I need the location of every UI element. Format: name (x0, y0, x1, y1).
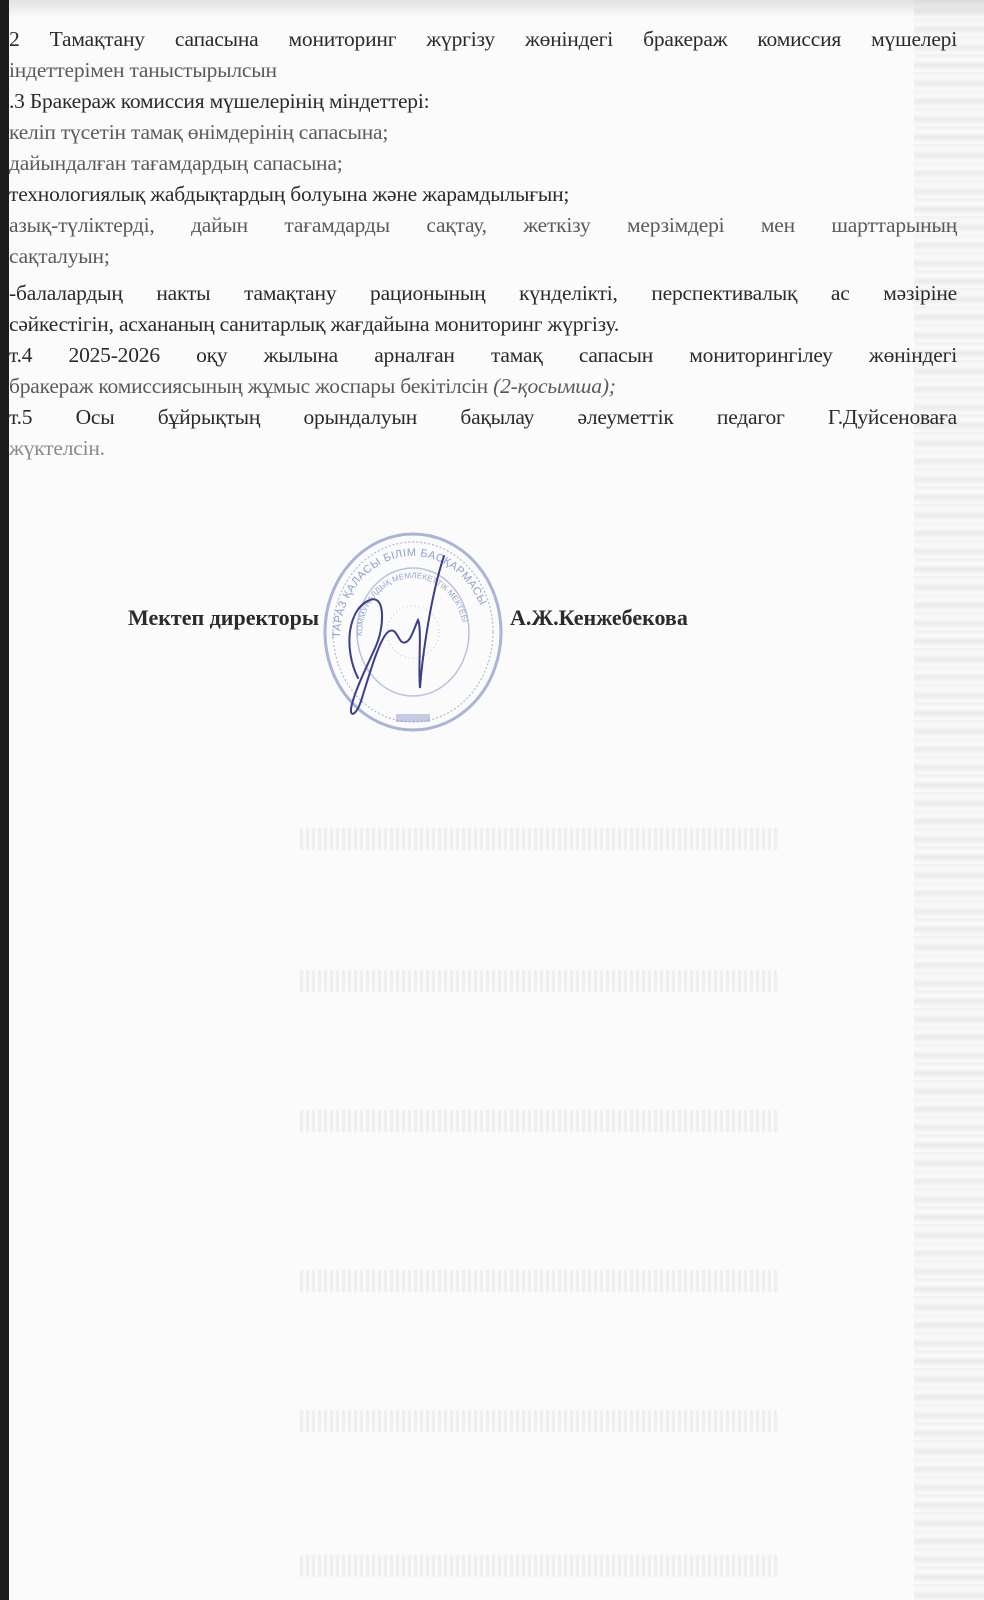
paragraph-2-line-1: 2 Тамақтану сапасына мониторинг жүргізу … (9, 24, 957, 55)
bleed-through (300, 828, 780, 850)
duty-item: технологиялық жабдықтардың болуына және … (9, 179, 957, 210)
signature-block: Мектеп директоры А.Ж.Кенжебекова (128, 605, 728, 645)
duty-item: -балалардың накты тамақтану рационының к… (9, 278, 957, 309)
duty-item: сақталуын; (9, 241, 957, 272)
bleed-through (300, 1110, 780, 1132)
paragraph-2-line-2: індеттерімен таныстырылсын (9, 55, 957, 86)
paragraph-4-line-1: т.4 2025-2026 оқу жылына арналған тамақ … (9, 340, 957, 371)
duty-item: келіп түсетін тамақ өнімдерінің сапасына… (9, 117, 957, 148)
document-body: 2 Тамақтану сапасына мониторинг жүргізу … (9, 24, 957, 464)
duty-item: дайындалған тағамдардың сапасына; (9, 148, 957, 179)
duty-item: азық-түліктерді, дайын тағамдарды сақтау… (9, 210, 957, 241)
bleed-through (300, 1270, 780, 1292)
signer-name: А.Ж.Кенжебекова (510, 605, 688, 631)
signer-title: Мектеп директоры (128, 605, 319, 631)
bleed-through (300, 1555, 780, 1577)
duty-item: сәйкестігін, асхананың санитарлық жағдай… (9, 309, 957, 340)
bleed-through (300, 1410, 780, 1432)
appendix-note: (2-қосымша); (493, 374, 616, 398)
paper-shadow (9, 0, 984, 18)
photo-edge-border (0, 0, 9, 1600)
bleed-through (300, 970, 780, 992)
paragraph-5-line-2: жүктелсін. (9, 433, 957, 464)
paragraph-5-line-1: т.5 Осы бұйрықтың орындалуын бақылау әле… (9, 402, 957, 433)
paragraph-3-heading: .3 Бракераж комиссия мүшелерінің міндетт… (9, 86, 957, 117)
paragraph-4-line-2: бракераж комиссиясының жұмыс жоспары бек… (9, 371, 957, 402)
paragraph-4-text: бракераж комиссиясының жұмыс жоспары бек… (9, 374, 493, 398)
